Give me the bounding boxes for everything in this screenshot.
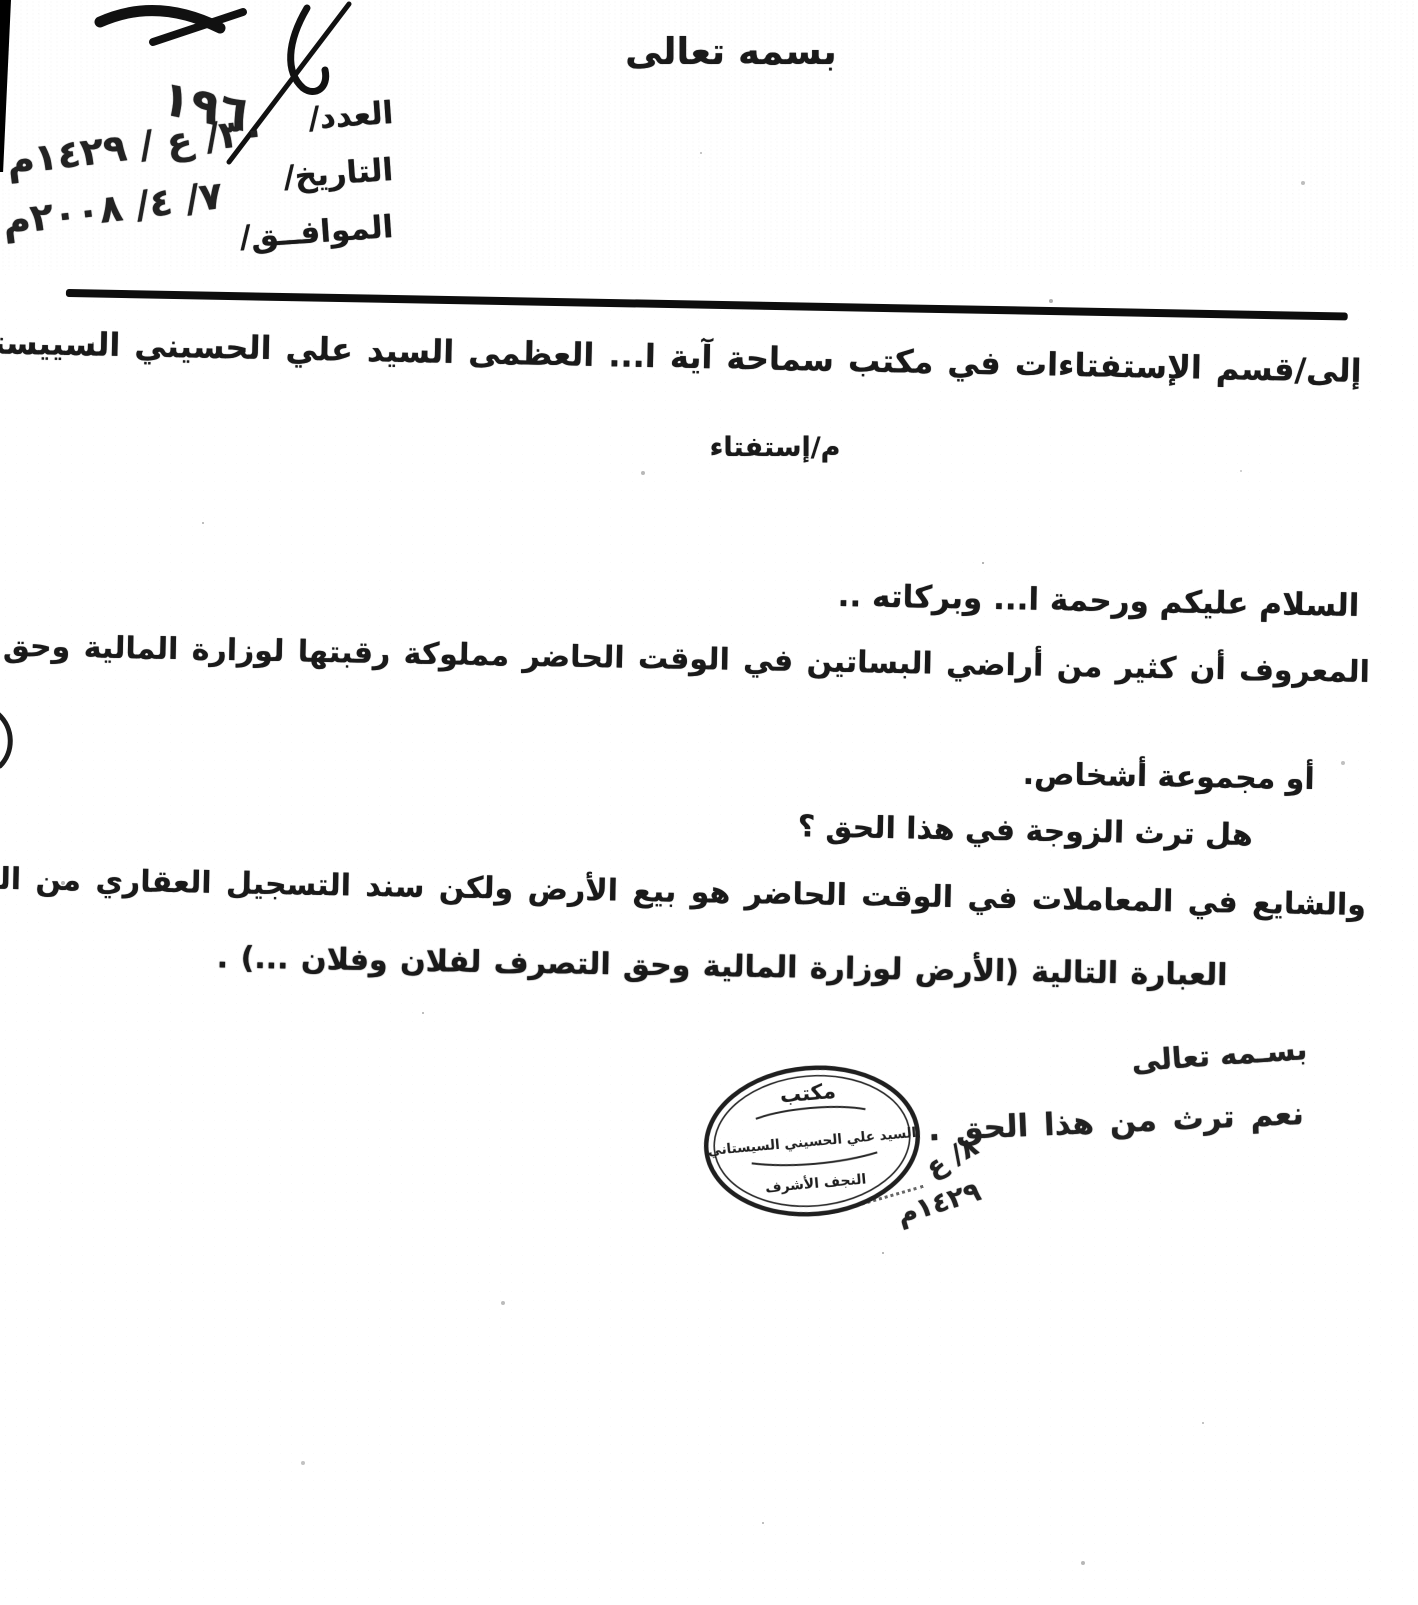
field-value-date-gregorian-handwritten: ٧/ ٤/ ٢٠٠٨م [0,173,225,244]
body-line: العبارة التالية (الأرض لوزارة المالية وح… [217,940,1228,993]
body-line: والشايع في المعاملات في الوقت الحاضر هو … [0,858,1366,923]
paper-noise-texture [0,0,1418,1605]
basmala-heading: بسمه تعالى [625,30,837,73]
stamp-middle-text: السيد علي الحسيني السيستاني [707,1125,917,1159]
body-line: المعروف أن كثير من أراضي البساتين في الو… [0,624,1370,690]
greeting-line: السلام عليكم ورحمة ا... وبركاته .. [838,578,1360,624]
scribble-hook [291,8,326,92]
body-line: أو مجموعة أشخاص. [1022,757,1315,797]
addressee-line: إلى/قسم الإستفتاءات في مكتب سماحة آية ا.… [0,316,1362,390]
field-label-date-hijri: التاريخ/ [283,152,395,196]
subject-line: م/إستفتاء [710,432,841,463]
answer-basmala-handwritten: بسـمه تعالى [1131,1032,1309,1078]
field-label-date-gregorian: الموافــق/ [238,209,394,256]
body-question-line: هل ترث الزوجة في هذا الحق ؟ [797,809,1253,853]
stamp-flourish [752,1152,878,1169]
stamp-bottom-text: النجف الأشرف [764,1170,866,1196]
paren-curve [0,714,10,766]
margin-paren-artifact [0,710,24,770]
field-label-number: العدد/ [307,95,394,137]
scanned-letter-page: بسمه تعالى العدد/ ١٩٦ التاريخ/ ٣٠/ ع / ١… [0,0,1418,1605]
answer-text-handwritten: نعم ترث من هذا الحق . [927,1096,1304,1148]
header-divider-line [66,289,1348,320]
office-stamp-seal: مكتب السيد علي الحسيني السيستاني النجف ا… [692,1052,933,1229]
stamp-top-text: مكتب [779,1079,837,1108]
stamp-flourish [755,1103,865,1119]
